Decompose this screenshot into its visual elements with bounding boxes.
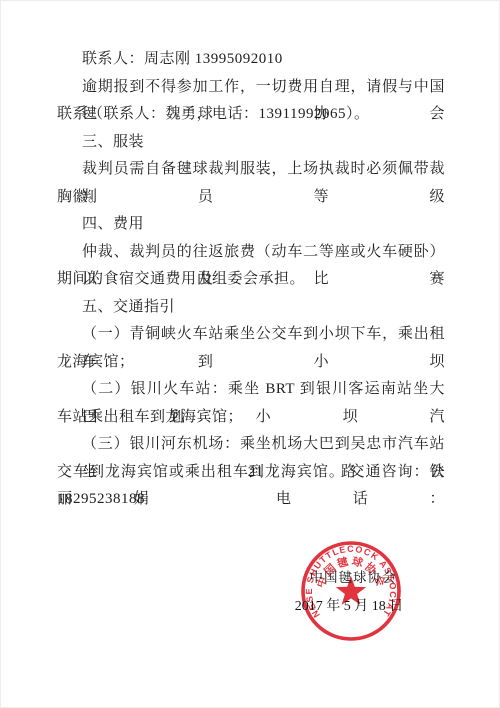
- document-line: （三）银川河东机场：乘坐机场大巴到吴忠市汽车站坐 21 路公: [57, 431, 445, 459]
- official-seal-stamp: CHINESE SHUTTLECOCK ASSOCIATION 中国毽球协会: [291, 531, 411, 651]
- document-body: 联系人：周志刚 13995092010逾期报到不得参加工作，一切费用自理，请假与…: [57, 46, 445, 514]
- document-line: 交车到龙海宾馆或乘出租车到龙海宾馆。 交通咨询：铁丽娟 电话：: [57, 459, 445, 487]
- signature-organization: 中国毽球协会: [308, 566, 398, 586]
- document-line: 联系人：周志刚 13995092010: [57, 46, 445, 74]
- document-line: 三、服装: [57, 129, 445, 157]
- seal-svg: CHINESE SHUTTLECOCK ASSOCIATION 中国毽球协会: [291, 531, 411, 651]
- document-line: 五、交通指引: [57, 294, 445, 322]
- document-line: 四、费用: [57, 211, 445, 239]
- document-page: 联系人：周志刚 13995092010逾期报到不得参加工作，一切费用自理，请假与…: [0, 0, 500, 708]
- signature-date: 2017 年 5 月 18 日: [293, 595, 405, 615]
- document-line: 仲裁、裁判员的往返旅费（动车二等座或火车硬卧）以及比赛: [57, 239, 445, 267]
- document-line: 逾期报到不得参加工作，一切费用自理，请假与中国毽球协会: [57, 74, 445, 102]
- document-line: （一）青铜峡火车站乘坐公交车到小坝下车，乘出租车到小坝: [57, 321, 445, 349]
- document-line: （二）银川火车站：乘坐 BRT 到银川客运南站坐大巴到小坝汽: [57, 376, 445, 404]
- document-line: 裁判员需自备毽球裁判服装，上场执裁时必须佩带裁判员等级: [57, 156, 445, 184]
